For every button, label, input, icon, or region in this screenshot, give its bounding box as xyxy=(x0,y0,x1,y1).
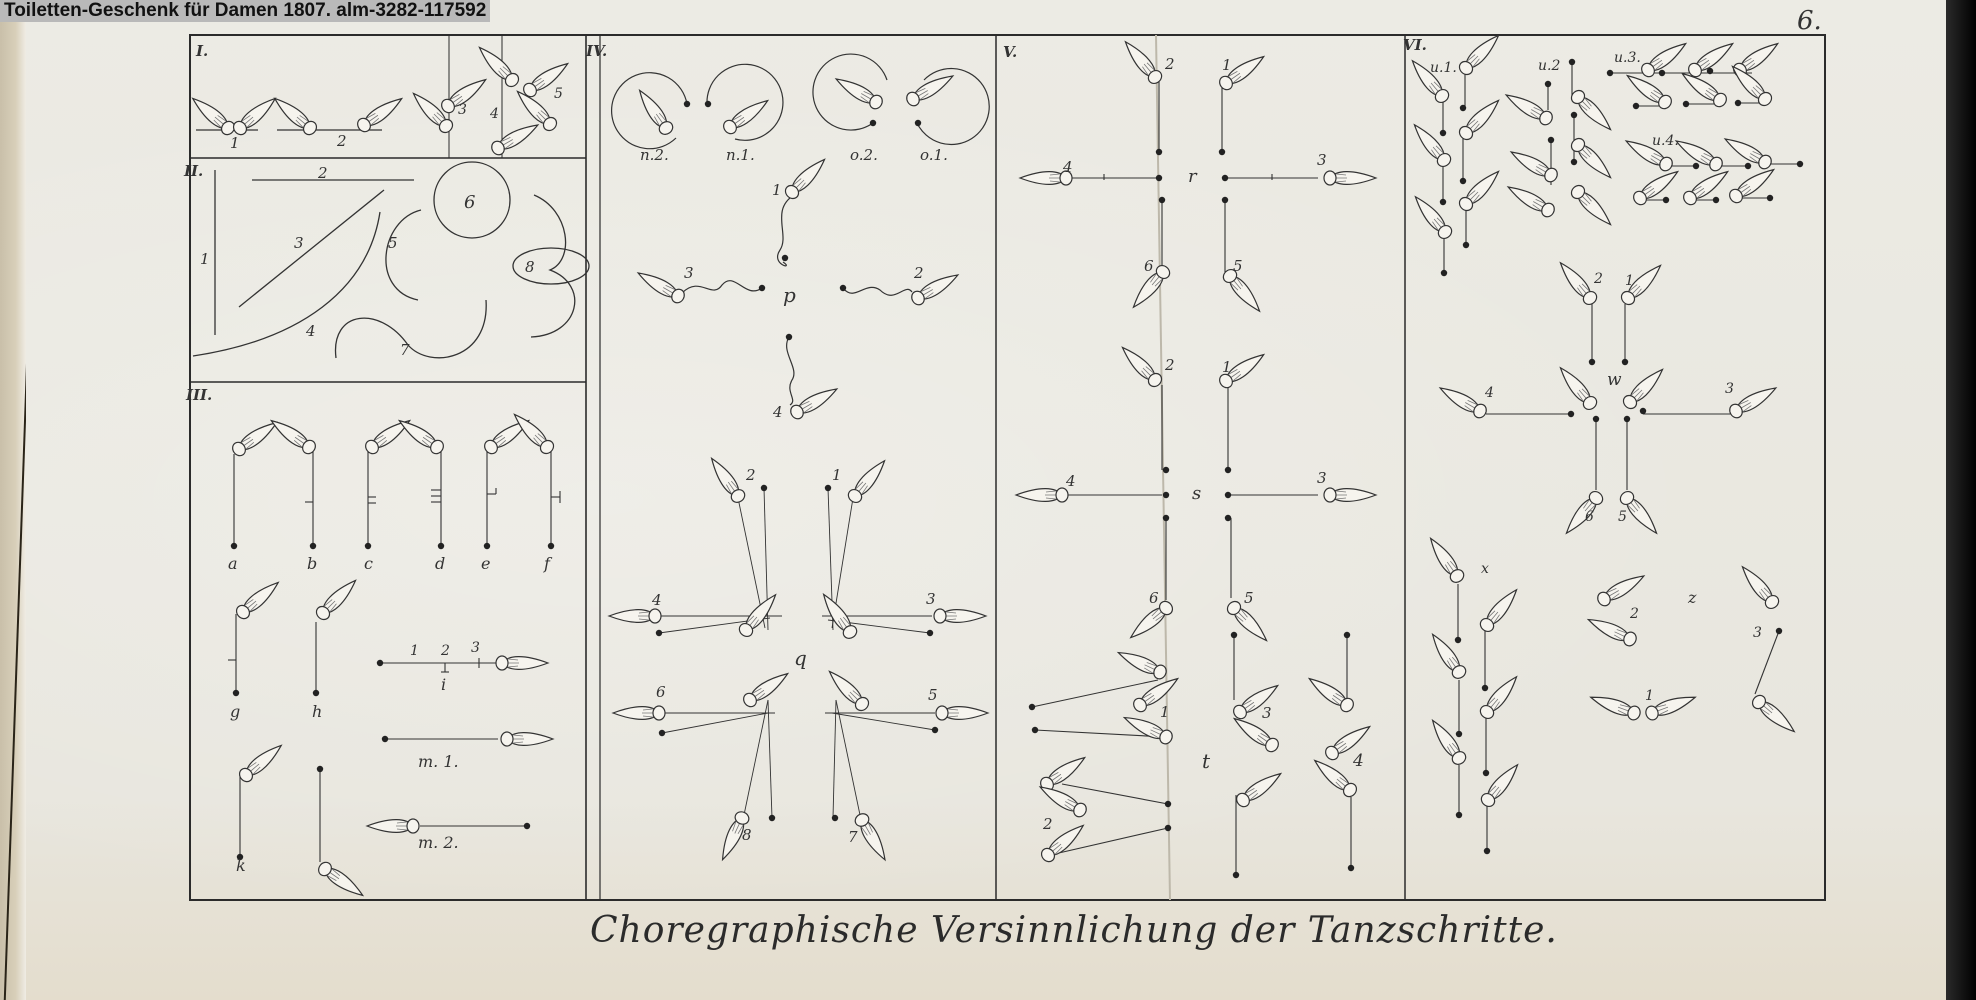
panel-IV-q-label: q xyxy=(794,646,807,670)
panel-III-label-i: i xyxy=(441,675,446,694)
panel-IV-p-2: 2 xyxy=(913,264,924,282)
panel-V-s-1: 1 xyxy=(1222,358,1232,376)
panel-VI-u4-label: u.4. xyxy=(1652,133,1679,149)
panel-V-t-1: 1 xyxy=(1160,703,1170,721)
panel-III-i-tick-1: 1 xyxy=(410,643,419,659)
panel-VI-w-3: 3 xyxy=(1725,381,1734,397)
panel-VI-w-6: 6 xyxy=(1585,509,1594,525)
panel-IV-q-7: 7 xyxy=(848,828,858,846)
panel-I-label-4: 4 xyxy=(489,106,499,122)
panel-VI-w-5: 5 xyxy=(1618,509,1627,525)
panel-III-label-d: d xyxy=(435,554,445,573)
panel-I-numeral: I. xyxy=(195,42,208,60)
panel-V-t-3: 3 xyxy=(1262,704,1272,722)
panel-I: I. 1 2 3 4 5 xyxy=(188,42,571,157)
panel-VI-numeral: VI. xyxy=(1403,36,1427,54)
panel-IV-q-5: 5 xyxy=(928,686,938,704)
image-title-label: Toiletten-Geschenk für Damen 1807. alm-3… xyxy=(0,0,490,22)
panel-III-label-e: e xyxy=(481,554,490,573)
panel-VI-z-label: z xyxy=(1687,588,1697,607)
panel-IV: IV. n.2. n.1. o.2. o.1. 1 2 xyxy=(585,42,989,863)
panel-I-label-1: 1 xyxy=(230,134,240,152)
panel-III-label-b: b xyxy=(307,554,317,573)
panel-I-label-5: 5 xyxy=(554,86,563,102)
plate-caption: Choregraphische Versinnlichung der Tanzs… xyxy=(590,910,1558,951)
panel-V-t-2: 2 xyxy=(1042,815,1053,833)
panel-IV-q-2: 2 xyxy=(745,466,756,484)
panel-IV-label-n2: n.2. xyxy=(640,146,669,164)
panel-II-label-8: 8 xyxy=(525,258,535,276)
panel-I-label-3: 3 xyxy=(458,102,467,118)
panel-IV-label-o1: o.1. xyxy=(920,146,948,164)
panel-V-r-4: 4 xyxy=(1062,158,1073,176)
panel-V-t-label: t xyxy=(1202,749,1211,773)
panel-VI-w-2: 2 xyxy=(1593,271,1603,287)
panel-IV-p-label: p xyxy=(783,283,796,307)
panel-V-s-3: 3 xyxy=(1317,469,1327,487)
panel-V-numeral: V. xyxy=(1003,43,1017,61)
panel-IV-q-1: 1 xyxy=(832,466,842,484)
panel-III-label-m2: m. 2. xyxy=(418,833,459,852)
panel-III-i-tick-3: 3 xyxy=(471,640,480,656)
panel-II-label-7: 7 xyxy=(400,341,410,359)
panel-II-label-6: 6 xyxy=(464,192,475,213)
panel-VI-u2-label: u.2 xyxy=(1538,58,1560,74)
panel-IV-p-3: 3 xyxy=(684,264,694,282)
panel-VI-x-label: x xyxy=(1481,561,1489,577)
panel-V-s-label: s xyxy=(1192,483,1201,504)
panel-VI-z-2: 2 xyxy=(1629,606,1639,622)
panel-II-label-4: 4 xyxy=(305,322,316,340)
panel-IV-numeral: IV. xyxy=(585,42,607,60)
panel-III-label-k: k xyxy=(236,856,246,875)
panel-V-r-2: 2 xyxy=(1164,55,1175,73)
panel-IV-q-6: 6 xyxy=(656,683,666,701)
panel-V-t-4: 4 xyxy=(1352,751,1364,771)
panel-I-label-2: 2 xyxy=(336,132,347,150)
panel-IV-label-n1: n.1. xyxy=(726,146,755,164)
panel-II-label-3: 3 xyxy=(294,234,304,252)
panel-III-i-tick-2: 2 xyxy=(440,643,450,659)
panel-VI-w-4: 4 xyxy=(1484,385,1494,401)
panel-V-s-6: 6 xyxy=(1149,589,1159,607)
panel-V-r-5: 5 xyxy=(1233,257,1243,275)
panel-IV-q-8: 8 xyxy=(742,826,752,844)
panel-V-s-2: 2 xyxy=(1164,356,1175,374)
panel-VI: VI. xyxy=(1403,31,1803,855)
panel-II-label-2: 2 xyxy=(317,164,328,182)
panel-IV-q-4: 4 xyxy=(651,591,662,609)
panel-IV-q-3: 3 xyxy=(926,590,936,608)
panel-III-label-f: f xyxy=(543,554,553,573)
panel-IV-p-1: 1 xyxy=(772,181,782,199)
panel-II: II. 1 2 3 4 5 6 7 8 xyxy=(183,162,589,359)
panel-V-r-6: 6 xyxy=(1144,257,1154,275)
panel-III-label-m1: m. 1. xyxy=(418,752,459,771)
panel-V-s-4: 4 xyxy=(1065,472,1076,490)
panel-V-r-1: 1 xyxy=(1222,56,1232,74)
panel-III: III. xyxy=(185,386,560,901)
panel-VI-w-label: w xyxy=(1607,370,1622,390)
panel-VI-u1-label: u.1. xyxy=(1430,60,1457,76)
panel-VI-w-1: 1 xyxy=(1625,273,1634,289)
panel-III-label-g: g xyxy=(230,702,240,721)
panel-III-numeral: III. xyxy=(185,386,212,404)
panel-II-label-5: 5 xyxy=(388,234,398,252)
panel-III-label-c: c xyxy=(364,554,373,573)
panel-III-label-a: a xyxy=(228,554,238,573)
panel-V-s-5: 5 xyxy=(1244,589,1254,607)
panel-V-r-3: 3 xyxy=(1317,151,1327,169)
engraving-plate: I. 1 2 3 4 5 II. 1 2 3 4 5 xyxy=(0,0,1976,1000)
panel-VI-z-3: 3 xyxy=(1753,625,1762,641)
panel-II-numeral: II. xyxy=(183,162,203,180)
panel-III-label-h: h xyxy=(312,702,322,721)
panel-V-r-label: r xyxy=(1188,166,1198,187)
panel-VI-z-1: 1 xyxy=(1645,688,1654,704)
panel-V: V. xyxy=(1003,35,1376,900)
panel-IV-label-o2: o.2. xyxy=(850,146,878,164)
panel-VI-u3-label: u.3. xyxy=(1614,50,1641,66)
panel-IV-p-4: 4 xyxy=(772,403,783,421)
panel-II-label-1: 1 xyxy=(200,250,210,268)
